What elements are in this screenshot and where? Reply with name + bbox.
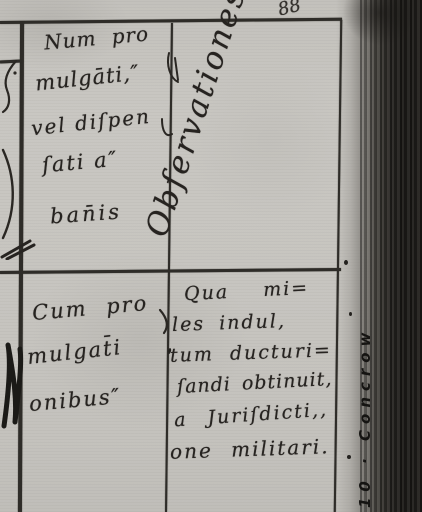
ink-dot	[347, 455, 351, 459]
ink-dot	[344, 260, 348, 265]
stray-ink-mark	[0, 148, 20, 240]
observations-cell-line: one militari.	[170, 434, 330, 464]
banns-header-line: vel diſpen	[30, 104, 152, 140]
observations-cell-line: tum ducturi=	[170, 339, 333, 367]
register-page-scan: 88 Num pro mulgāti,″ vel diſpen ſati a″ …	[0, 0, 422, 512]
observations-cell-line: Qua mi=	[184, 277, 310, 306]
stray-ink-mark	[156, 306, 174, 336]
observations-column-header: Obſervationes	[136, 0, 256, 242]
ink-dot	[349, 312, 352, 316]
observations-cell-line: ſandi obtinuit,	[177, 368, 333, 398]
banns-cell-line: Cum pro	[31, 291, 149, 325]
stray-ink-mark	[159, 116, 175, 142]
banns-cell-line: onibus″	[28, 384, 122, 416]
stray-ink-mark	[0, 236, 36, 260]
book-binding-edge	[336, 0, 422, 512]
banns-cell-line: mulgat̄i	[26, 335, 123, 369]
stray-ink-mark	[0, 58, 20, 114]
book-edge-text: 10 · Concrow	[356, 246, 374, 508]
observations-cell-line: a Juriſdicti,,	[173, 399, 328, 432]
middle-column-rule	[165, 23, 173, 512]
stray-ink-mark	[162, 50, 182, 86]
row-divider-rule	[0, 268, 341, 274]
banns-header-line: ſati a″	[41, 147, 119, 178]
banns-header-line: Num pro	[43, 21, 150, 54]
observations-cell-line: les indul,	[172, 310, 287, 336]
banns-header-line: ban̄is	[49, 200, 122, 229]
banns-header-line: mulgāti,″	[34, 61, 141, 96]
stray-ink-scribble	[0, 338, 28, 430]
